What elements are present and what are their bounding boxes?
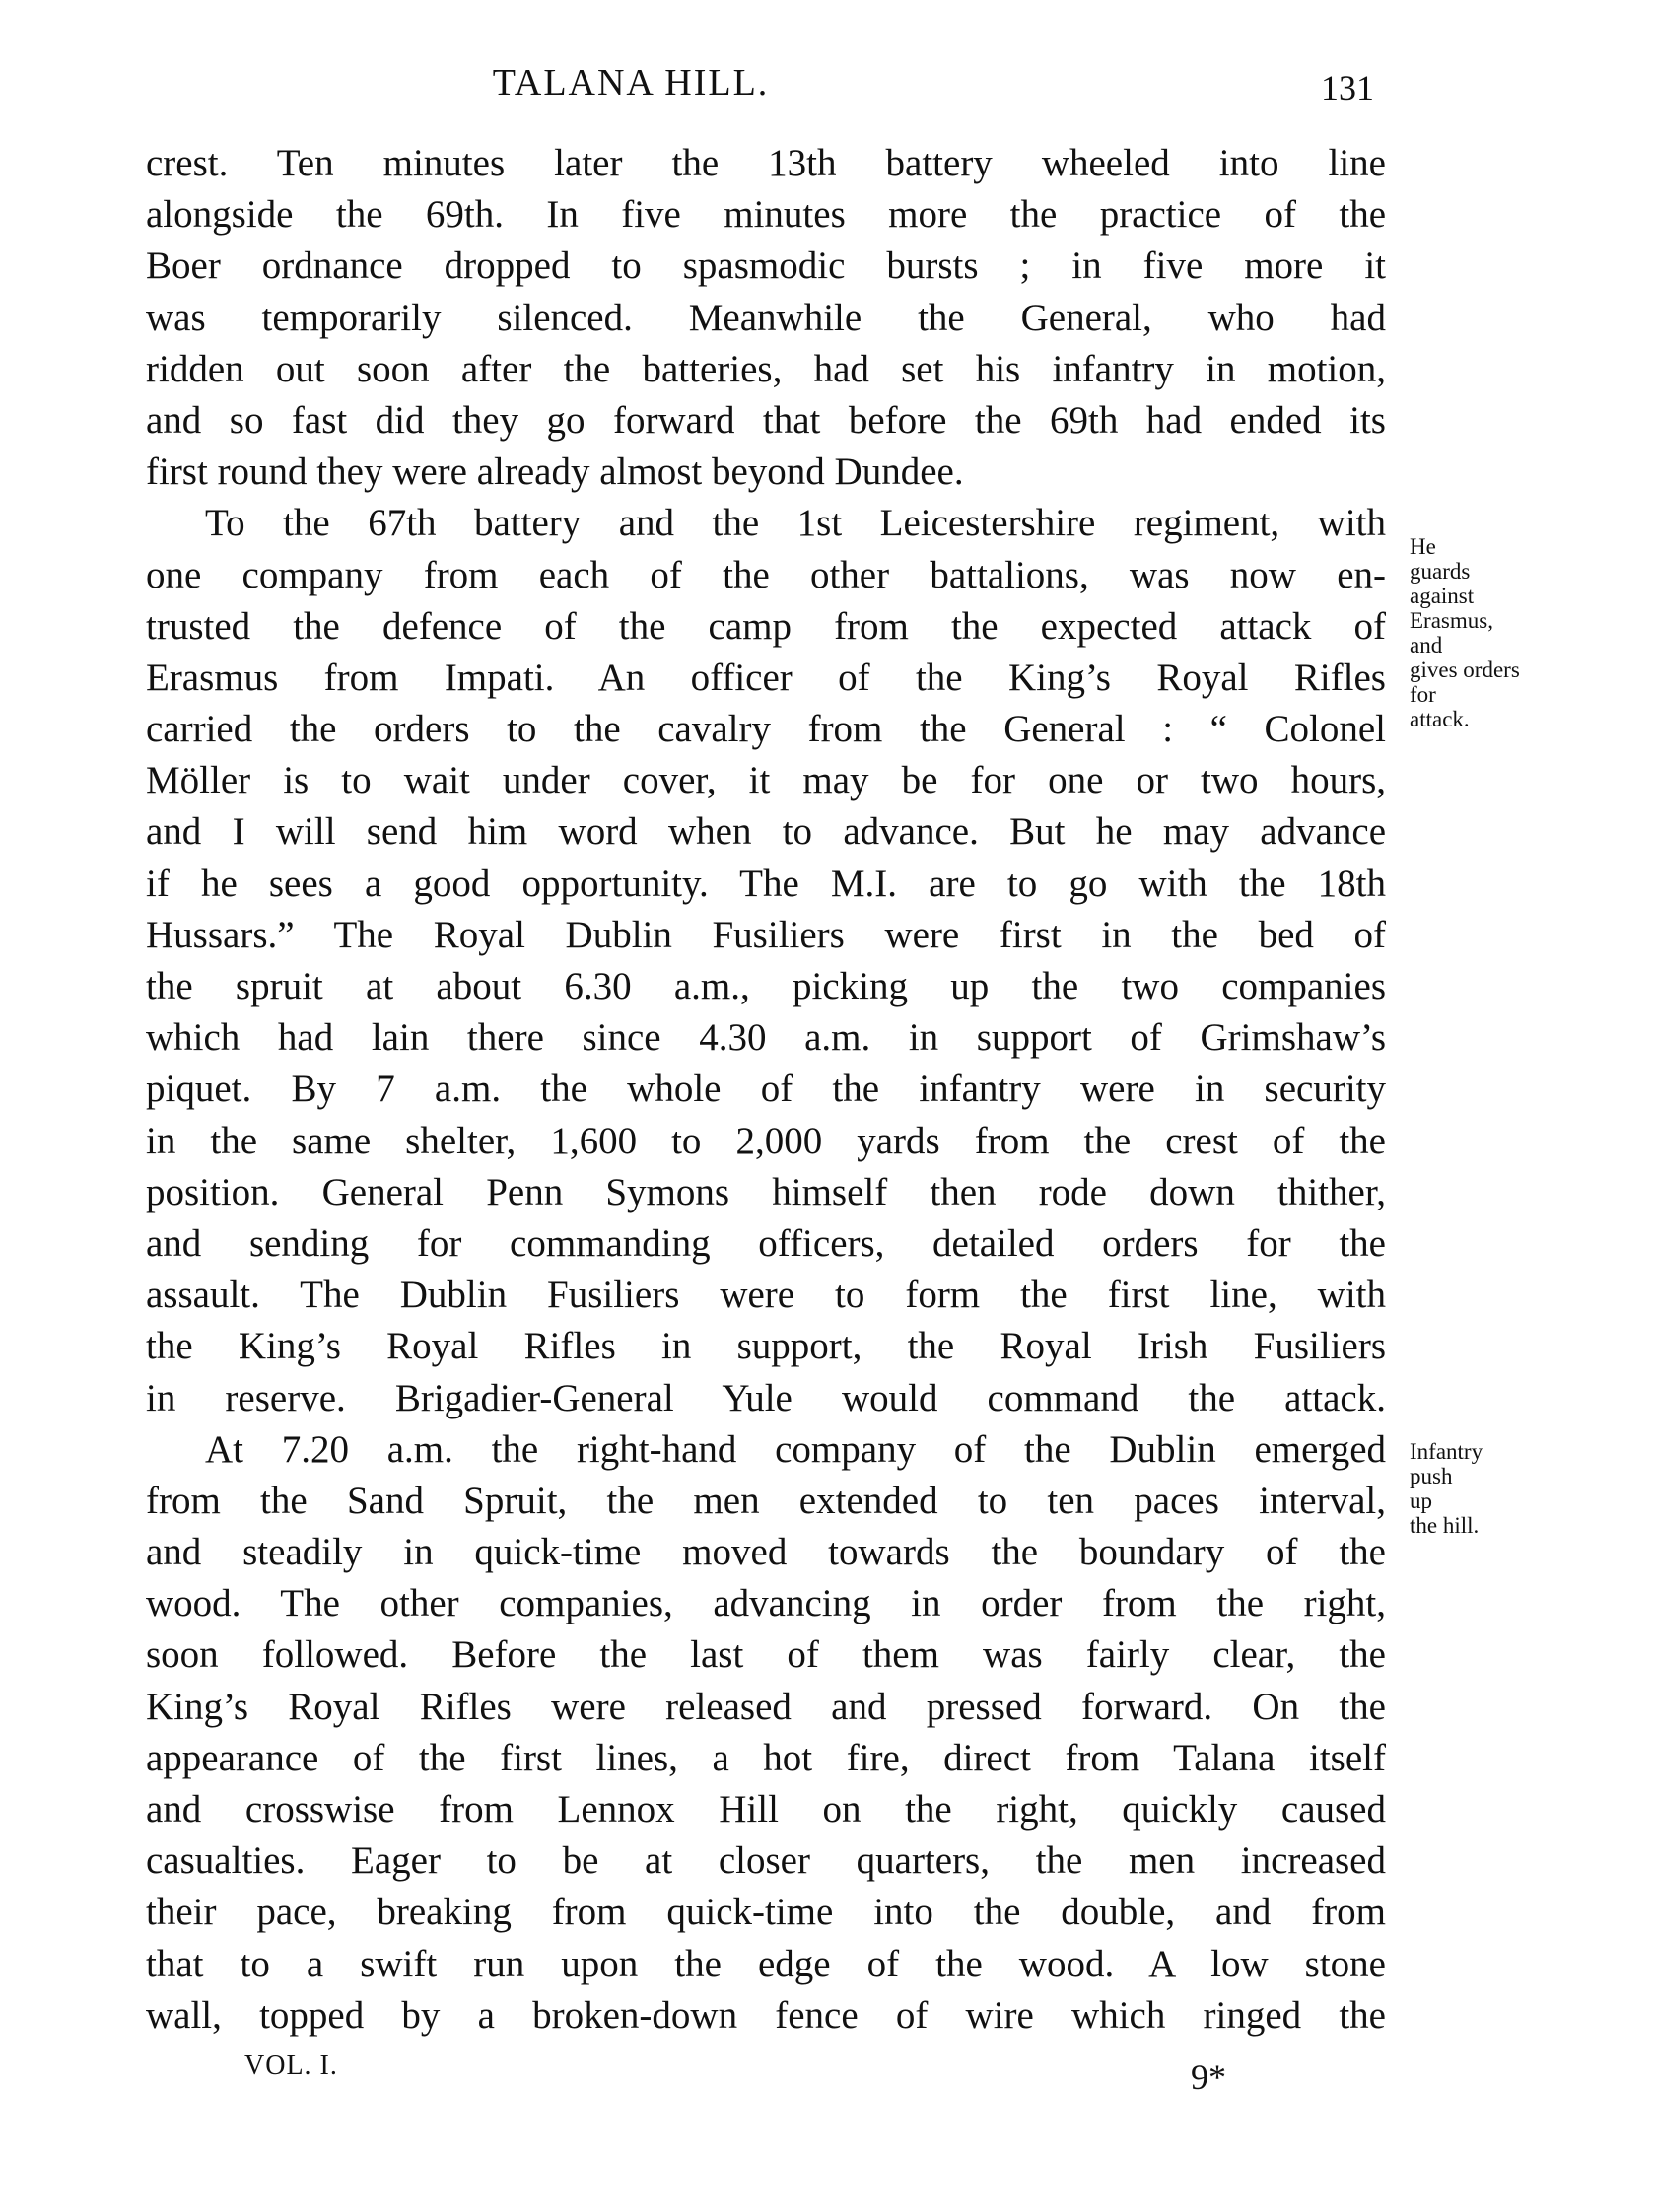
text-line: from the Sand Spruit, the men extended t… [146, 1476, 1386, 1527]
text-line: wood. The other companies, advancing in … [146, 1578, 1386, 1629]
text-line: if he sees a good opportunity. The M.I. … [146, 859, 1386, 910]
text-line: first round they were already almost bey… [146, 447, 1386, 498]
margin-note-line: against [1410, 584, 1520, 608]
margin-note-line: He [1410, 534, 1520, 559]
running-title: TALANA HILL. [0, 61, 1262, 104]
margin-note-erasmus: He guards against Erasmus, and gives ord… [1410, 534, 1520, 731]
text-line: casualties. Eager to be at closer quarte… [146, 1835, 1386, 1887]
paragraph-start-line: At 7.20 a.m. the right-hand company of t… [146, 1424, 1386, 1476]
text-line: Hussars.” The Royal Dublin Fusiliers wer… [146, 910, 1386, 961]
text-line: assault. The Dublin Fusiliers were to fo… [146, 1270, 1386, 1321]
text-line: in the same shelter, 1,600 to 2,000 yard… [146, 1116, 1386, 1167]
volume-signature: VOL. I. [244, 2050, 338, 2082]
text-line: that to a swift run upon the edge of the… [146, 1939, 1386, 1990]
text-line: Boer ordnance dropped to spasmodic burst… [146, 241, 1386, 292]
text-line: ridden out soon after the batteries, had… [146, 344, 1386, 395]
margin-note-line: push [1410, 1464, 1483, 1488]
page-number: 131 [1321, 67, 1374, 108]
margin-note-line: Erasmus, [1410, 608, 1520, 633]
margin-note-line: attack. [1410, 707, 1520, 731]
text-line: which had lain there since 4.30 a.m. in … [146, 1012, 1386, 1064]
text-line: carried the orders to the cavalry from t… [146, 704, 1386, 755]
margin-note-line: and [1410, 633, 1520, 657]
margin-note-line: for [1410, 682, 1520, 707]
text-line: wall, topped by a broken-down fence of w… [146, 1990, 1386, 2041]
text-line: and crosswise from Lennox Hill on the ri… [146, 1784, 1386, 1835]
paragraph-start-line: To the 67th battery and the 1st Leiceste… [146, 498, 1386, 549]
margin-note-line: guards [1410, 559, 1520, 584]
margin-note-infantry: Infantry push up the hill. [1410, 1439, 1483, 1538]
text-line: in reserve. Brigadier-General Yule would… [146, 1373, 1386, 1424]
text-line: King’s Royal Rifles were released and pr… [146, 1682, 1386, 1733]
text-line: appearance of the first lines, a hot fir… [146, 1733, 1386, 1784]
text-line: alongside the 69th. In five minutes more… [146, 189, 1386, 241]
text-line: position. General Penn Symons himself th… [146, 1167, 1386, 1218]
margin-note-line: the hill. [1410, 1513, 1483, 1538]
text-line: Möller is to wait under cover, it may be… [146, 755, 1386, 806]
text-line: and sending for commanding officers, det… [146, 1218, 1386, 1270]
body-text: crest. Ten minutes later the 13th batter… [146, 138, 1386, 2041]
text-line: trusted the defence of the camp from the… [146, 601, 1386, 653]
text-line: was temporarily silenced. Meanwhile the … [146, 293, 1386, 344]
text-line: and steadily in quick-time moved towards… [146, 1527, 1386, 1578]
text-line: the King’s Royal Rifles in support, the … [146, 1321, 1386, 1372]
margin-note-line: up [1410, 1488, 1483, 1513]
text-line: soon followed. Before the last of them w… [146, 1629, 1386, 1681]
margin-note-line: Infantry [1410, 1439, 1483, 1464]
text-line: the spruit at about 6.30 a.m., picking u… [146, 961, 1386, 1012]
text-line: one company from each of the other batta… [146, 550, 1386, 601]
text-line: their pace, breaking from quick-time int… [146, 1887, 1386, 1938]
margin-note-line: gives orders [1410, 657, 1520, 682]
text-line: crest. Ten minutes later the 13th batter… [146, 138, 1386, 189]
text-line: piquet. By 7 a.m. the whole of the infan… [146, 1064, 1386, 1115]
signature-mark: 9* [1191, 2056, 1226, 2098]
text-line: Erasmus from Impati. An officer of the K… [146, 653, 1386, 704]
text-line: and so fast did they go forward that bef… [146, 395, 1386, 447]
text-line: and I will send him word when to advance… [146, 806, 1386, 858]
